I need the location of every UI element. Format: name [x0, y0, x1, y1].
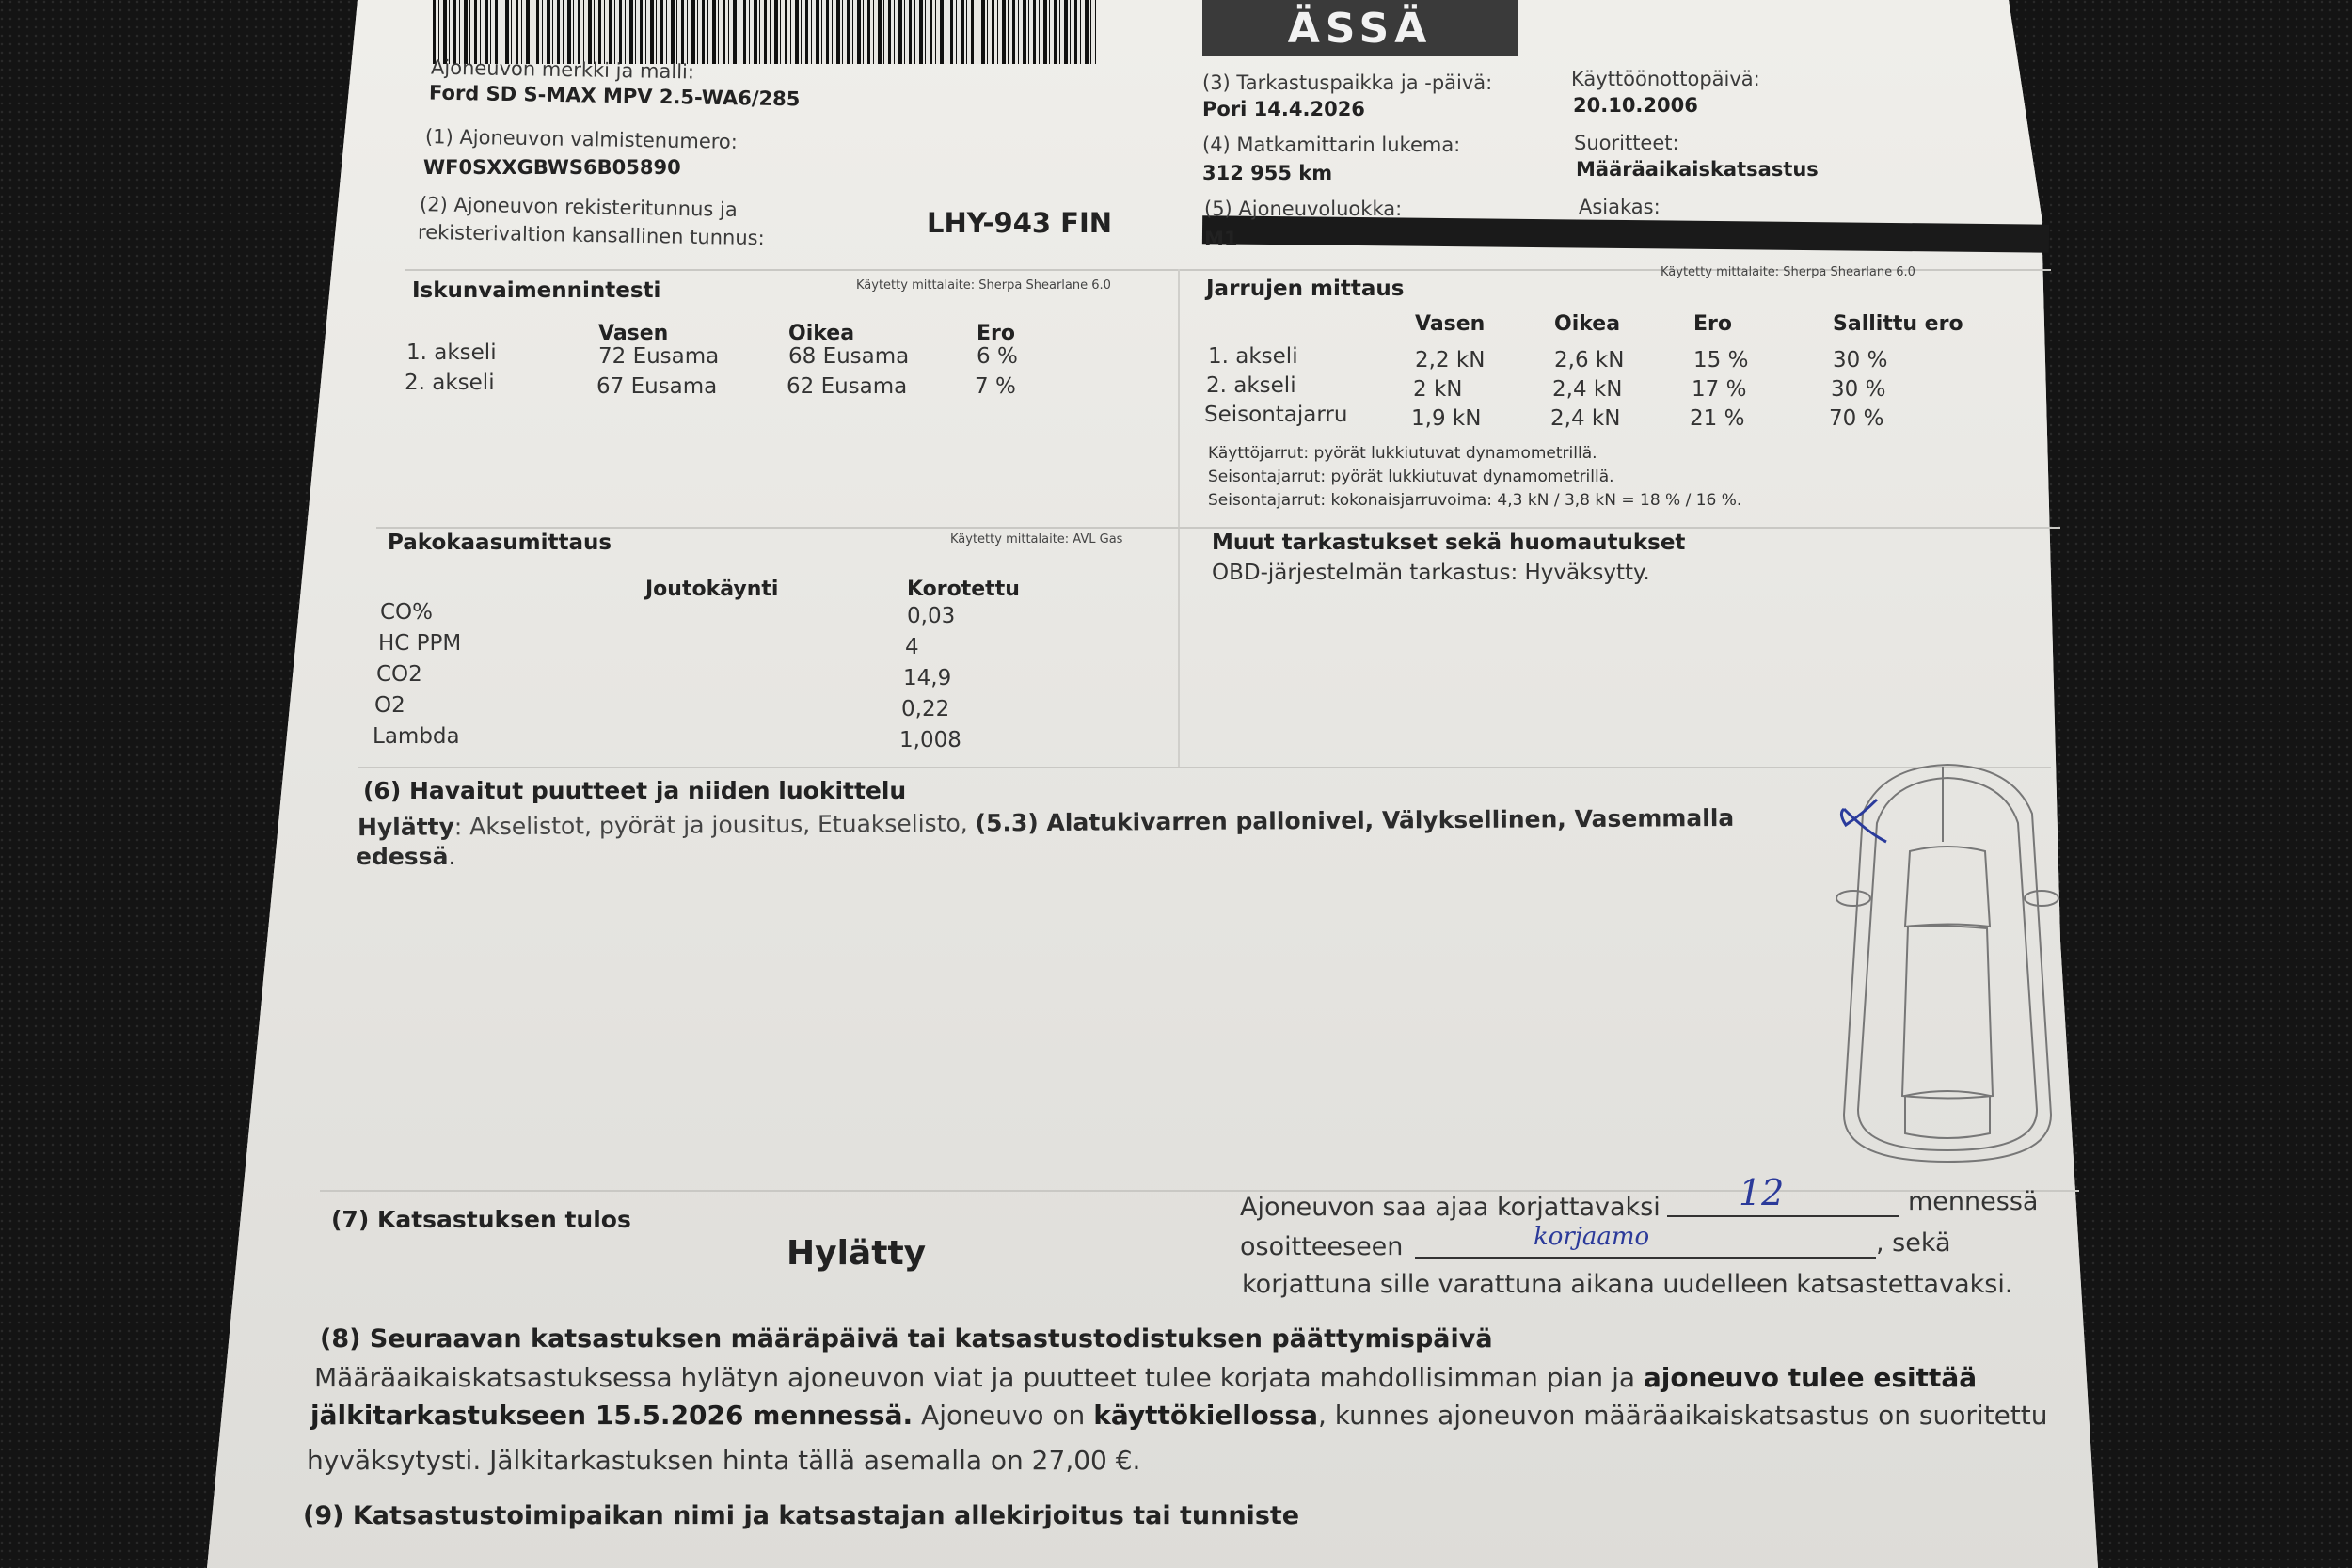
- exhaust-test-cell: 0,03: [907, 604, 955, 628]
- brand-logo: ÄSSÄ: [1202, 0, 1518, 56]
- brake-test-column-header: Vasen: [1415, 312, 1485, 336]
- odometer-label: (4) Matkamittarin lukema:: [1202, 134, 1460, 156]
- vin-value: WF0SXXGBWS6B05890: [423, 156, 681, 179]
- defect-mark-icon: [1841, 800, 1886, 842]
- brake-test-cell: 2. akseli: [1206, 373, 1296, 398]
- brake-test-cell: 2,4 kN: [1550, 406, 1620, 431]
- brake-test-cell: 30 %: [1831, 377, 1885, 402]
- next-inspection-p1: Määräaikaiskatsastuksessa hylätyn ajoneu…: [314, 1362, 1977, 1393]
- shock-test-cell: 68 Eusama: [788, 344, 909, 369]
- brake-test-cell: 2 kN: [1413, 377, 1462, 402]
- exhaust-test-cell: 14,9: [903, 666, 951, 690]
- brake-test-title: Jarrujen mittaus: [1206, 277, 1404, 301]
- shock-test-cell: 62 Eusama: [787, 374, 907, 399]
- exhaust-test-cell: CO2: [376, 662, 422, 687]
- divider: [320, 1190, 2079, 1192]
- divider: [376, 527, 2060, 529]
- vehicle-class-value: M1: [1204, 228, 1238, 250]
- shock-test-cell: 72 Eusama: [598, 344, 719, 369]
- brake-test-cell: 2,2 kN: [1415, 348, 1485, 372]
- first-use-label: Käyttöönottopäivä:: [1571, 68, 1760, 90]
- shock-test-title: Iskunvaimennintesti: [412, 278, 660, 303]
- brake-test-cell: 15 %: [1693, 348, 1748, 372]
- make-model-label: Ajoneuvon merkki ja malli:: [431, 56, 694, 84]
- drive-text-3: korjattuna sille varattuna aikana uudell…: [1242, 1270, 2012, 1299]
- odometer-value: 312 955 km: [1202, 162, 1332, 184]
- registration-value: LHY-943 FIN: [927, 207, 1112, 239]
- shock-test-cell: 1. akseli: [406, 341, 497, 365]
- drive-text-1-end: mennessä: [1908, 1187, 2038, 1216]
- brake-test-cell: 1,9 kN: [1411, 406, 1481, 431]
- drive-date-handwritten: 12: [1739, 1172, 1784, 1213]
- other-checks-text: OBD-järjestelmän tarkastus: Hyväksytty.: [1212, 561, 1650, 585]
- other-checks-title: Muut tarkastukset sekä huomautukset: [1212, 531, 1685, 555]
- exhaust-test-cell: 0,22: [901, 697, 949, 721]
- shock-test-cell: 2. akseli: [405, 371, 495, 395]
- exhaust-test-cell: HC PPM: [378, 631, 461, 656]
- brake-test-cell: 30 %: [1833, 348, 1887, 372]
- exhaust-test-cell: 4: [905, 635, 919, 659]
- brake-test-column-header: Ero: [1693, 312, 1732, 336]
- drive-text-2-end: , sekä: [1876, 1228, 1951, 1258]
- drive-address-handwritten: korjaamo: [1534, 1223, 1649, 1251]
- brake-test-device: Käytetty mittalaite: Sherpa Shearlane 6.…: [1661, 265, 1915, 279]
- shock-test-column-header: Vasen: [598, 322, 668, 345]
- result-title: (7) Katsastuksen tulos: [331, 1206, 631, 1233]
- brake-note-1: Käyttöjarrut: pyörät lukkiutuvat dynamom…: [1208, 444, 1597, 463]
- drive-text-2: osoitteeseen: [1240, 1232, 1403, 1261]
- shock-test-column-header: Oikea: [788, 322, 854, 345]
- brake-test-cell: 70 %: [1829, 406, 1883, 431]
- exhaust-test-column-header: Joutokäynti: [645, 578, 778, 601]
- place-date-value: Pori 14.4.2026: [1202, 98, 1365, 120]
- defects-title: (6) Havaitut puutteet ja niiden luokitte…: [363, 777, 906, 804]
- brake-test-cell: 1. akseli: [1208, 344, 1298, 369]
- column-divider: [1178, 269, 1180, 768]
- place-date-label: (3) Tarkastuspaikka ja -päivä:: [1202, 71, 1492, 94]
- vehicle-class-label: (5) Ajoneuvoluokka:: [1204, 198, 1402, 220]
- defects-status: Hylätty: [358, 813, 454, 841]
- brake-test-column-header: Oikea: [1554, 312, 1620, 336]
- brake-test-column-header: Sallittu ero: [1833, 312, 1963, 336]
- next-inspection-p2: jälkitarkastukseen 15.5.2026 mennessä. A…: [310, 1400, 2048, 1431]
- exhaust-test-cell: Lambda: [373, 724, 460, 749]
- defects-item: (5.3) Alatukivarren pallonivel, Välyksel…: [976, 804, 1735, 837]
- exhaust-test-title: Pakokaasumittaus: [388, 531, 612, 555]
- result-value: Hylätty: [787, 1234, 926, 1273]
- drive-address-line: [1415, 1257, 1876, 1259]
- next-inspection-p3: hyväksytysti. Jälkitarkastuksen hinta tä…: [307, 1445, 1140, 1476]
- brake-test-cell: 17 %: [1692, 377, 1746, 402]
- defects-item-continuation: edessä.: [356, 843, 455, 870]
- next-inspection-title: (8) Seuraavan katsastuksen määräpäivä ta…: [320, 1324, 1493, 1354]
- brake-note-2: Seisontajarrut: pyörät lukkiutuvat dynam…: [1208, 467, 1614, 486]
- exhaust-test-cell: 1,008: [899, 728, 961, 752]
- shock-test-cell: 6 %: [977, 344, 1018, 369]
- exhaust-test-column-header: Korotettu: [907, 578, 1020, 601]
- barcode: [433, 0, 1096, 64]
- defects-category: : Akselistot, pyörät ja jousitus, Etuaks…: [454, 810, 976, 841]
- signature-title: (9) Katsastustoimipaikan nimi ja katsast…: [303, 1501, 1299, 1530]
- car-diagram: [1825, 757, 2070, 1171]
- brake-test-cell: 2,4 kN: [1552, 377, 1622, 402]
- shock-test-cell: 67 Eusama: [596, 374, 717, 399]
- exhaust-test-cell: CO%: [380, 600, 433, 625]
- brake-note-3: Seisontajarrut: kokonaisjarruvoima: 4,3 …: [1208, 491, 1741, 510]
- brake-test-cell: Seisontajarru: [1204, 403, 1347, 427]
- services-label: Suoritteet:: [1574, 132, 1679, 154]
- brake-test-cell: 21 %: [1690, 406, 1744, 431]
- exhaust-test-device: Käytetty mittalaite: AVL Gas: [950, 532, 1122, 546]
- shock-test-device: Käytetty mittalaite: Sherpa Shearlane 6.…: [856, 278, 1111, 293]
- shock-test-cell: 7 %: [975, 374, 1016, 399]
- shock-test-column-header: Ero: [977, 322, 1015, 345]
- drive-date-line: [1667, 1215, 1899, 1217]
- drive-text-1: Ajoneuvon saa ajaa korjattavaksi: [1240, 1193, 1661, 1222]
- customer-label: Asiakas:: [1579, 196, 1661, 218]
- services-value: Määräaikaiskatsastus: [1576, 158, 1819, 181]
- divider: [358, 767, 2051, 768]
- exhaust-test-cell: O2: [374, 693, 405, 718]
- brake-test-cell: 2,6 kN: [1554, 348, 1624, 372]
- first-use-value: 20.10.2006: [1573, 94, 1698, 117]
